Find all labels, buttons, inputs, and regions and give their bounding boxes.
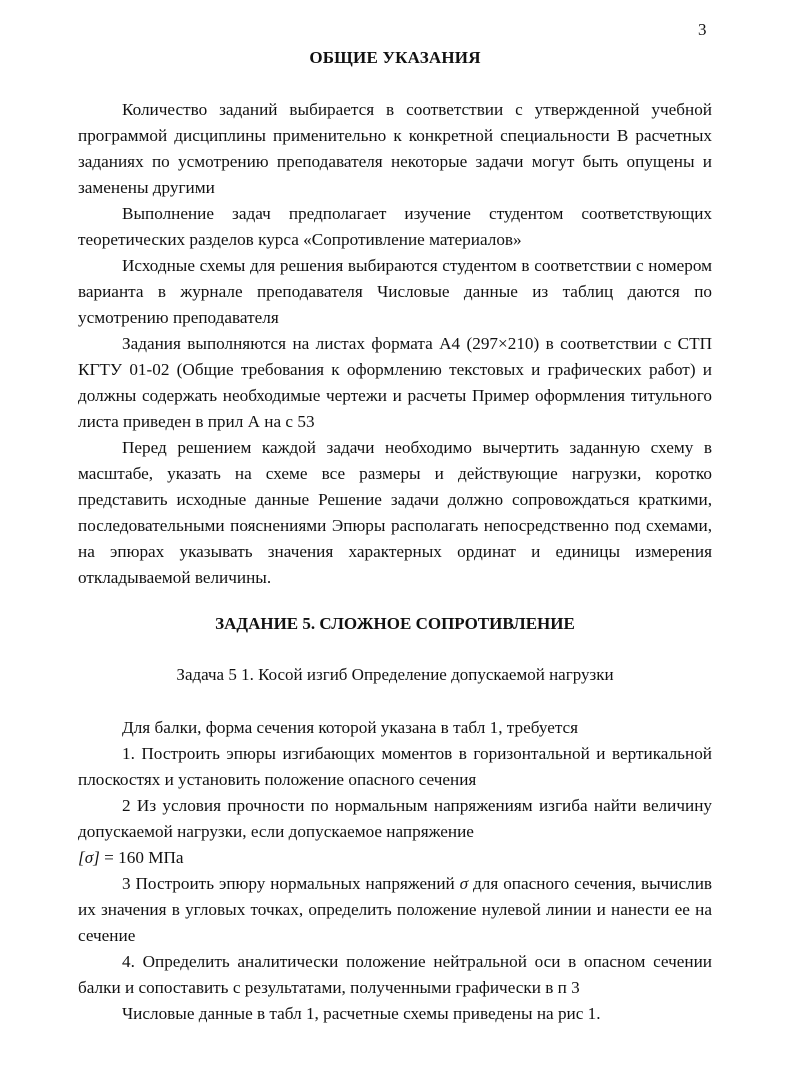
paragraph: Количество заданий выбирается в соответс… <box>78 97 712 201</box>
paragraph: Перед решением каждой задачи необходимо … <box>78 435 712 591</box>
section-heading-general: ОБЩИЕ УКАЗАНИЯ <box>0 48 790 68</box>
general-instructions-body: Количество заданий выбирается в соответс… <box>78 97 712 591</box>
task-body: Для балки, форма сечения которой указана… <box>78 715 712 1027</box>
task-intro: Для балки, форма сечения которой указана… <box>78 715 712 741</box>
task-item-2-text: 2 Из условия прочности по нормальным нап… <box>78 796 712 841</box>
task-item-3-text: 3 Построить эпюру нормальных напряжений <box>122 874 455 893</box>
task-item-1: 1. Построить эпюры изгибающих моментов в… <box>78 741 712 793</box>
task-item-4: 4. Определить аналитически положение ней… <box>78 949 712 1001</box>
closing-note: Числовые данные в табл 1, расчетные схем… <box>78 1001 712 1027</box>
assignment-heading: ЗАДАНИЕ 5. СЛОЖНОЕ СОПРОТИВЛЕНИЕ <box>0 614 790 634</box>
paragraph: Задания выполняются на листах формата А4… <box>78 331 712 435</box>
sigma-symbol: σ <box>460 874 468 893</box>
paragraph: Выполнение задач предполагает изучение с… <box>78 201 712 253</box>
allowable-stress-formula: [σ] = 160 МПа <box>78 845 712 871</box>
formula-value: 160 <box>118 848 144 867</box>
sigma-bracket-symbol: [σ] <box>78 848 100 867</box>
formula-equals: = <box>100 848 118 867</box>
task-heading: Задача 5 1. Косой изгиб Определение допу… <box>0 665 790 685</box>
formula-unit: МПа <box>144 848 184 867</box>
paragraph: Исходные схемы для решения выбираются ст… <box>78 253 712 331</box>
task-item-3: 3 Построить эпюру нормальных напряжений … <box>78 871 712 949</box>
task-item-2: 2 Из условия прочности по нормальным нап… <box>78 793 712 845</box>
page-number: 3 <box>698 20 707 40</box>
